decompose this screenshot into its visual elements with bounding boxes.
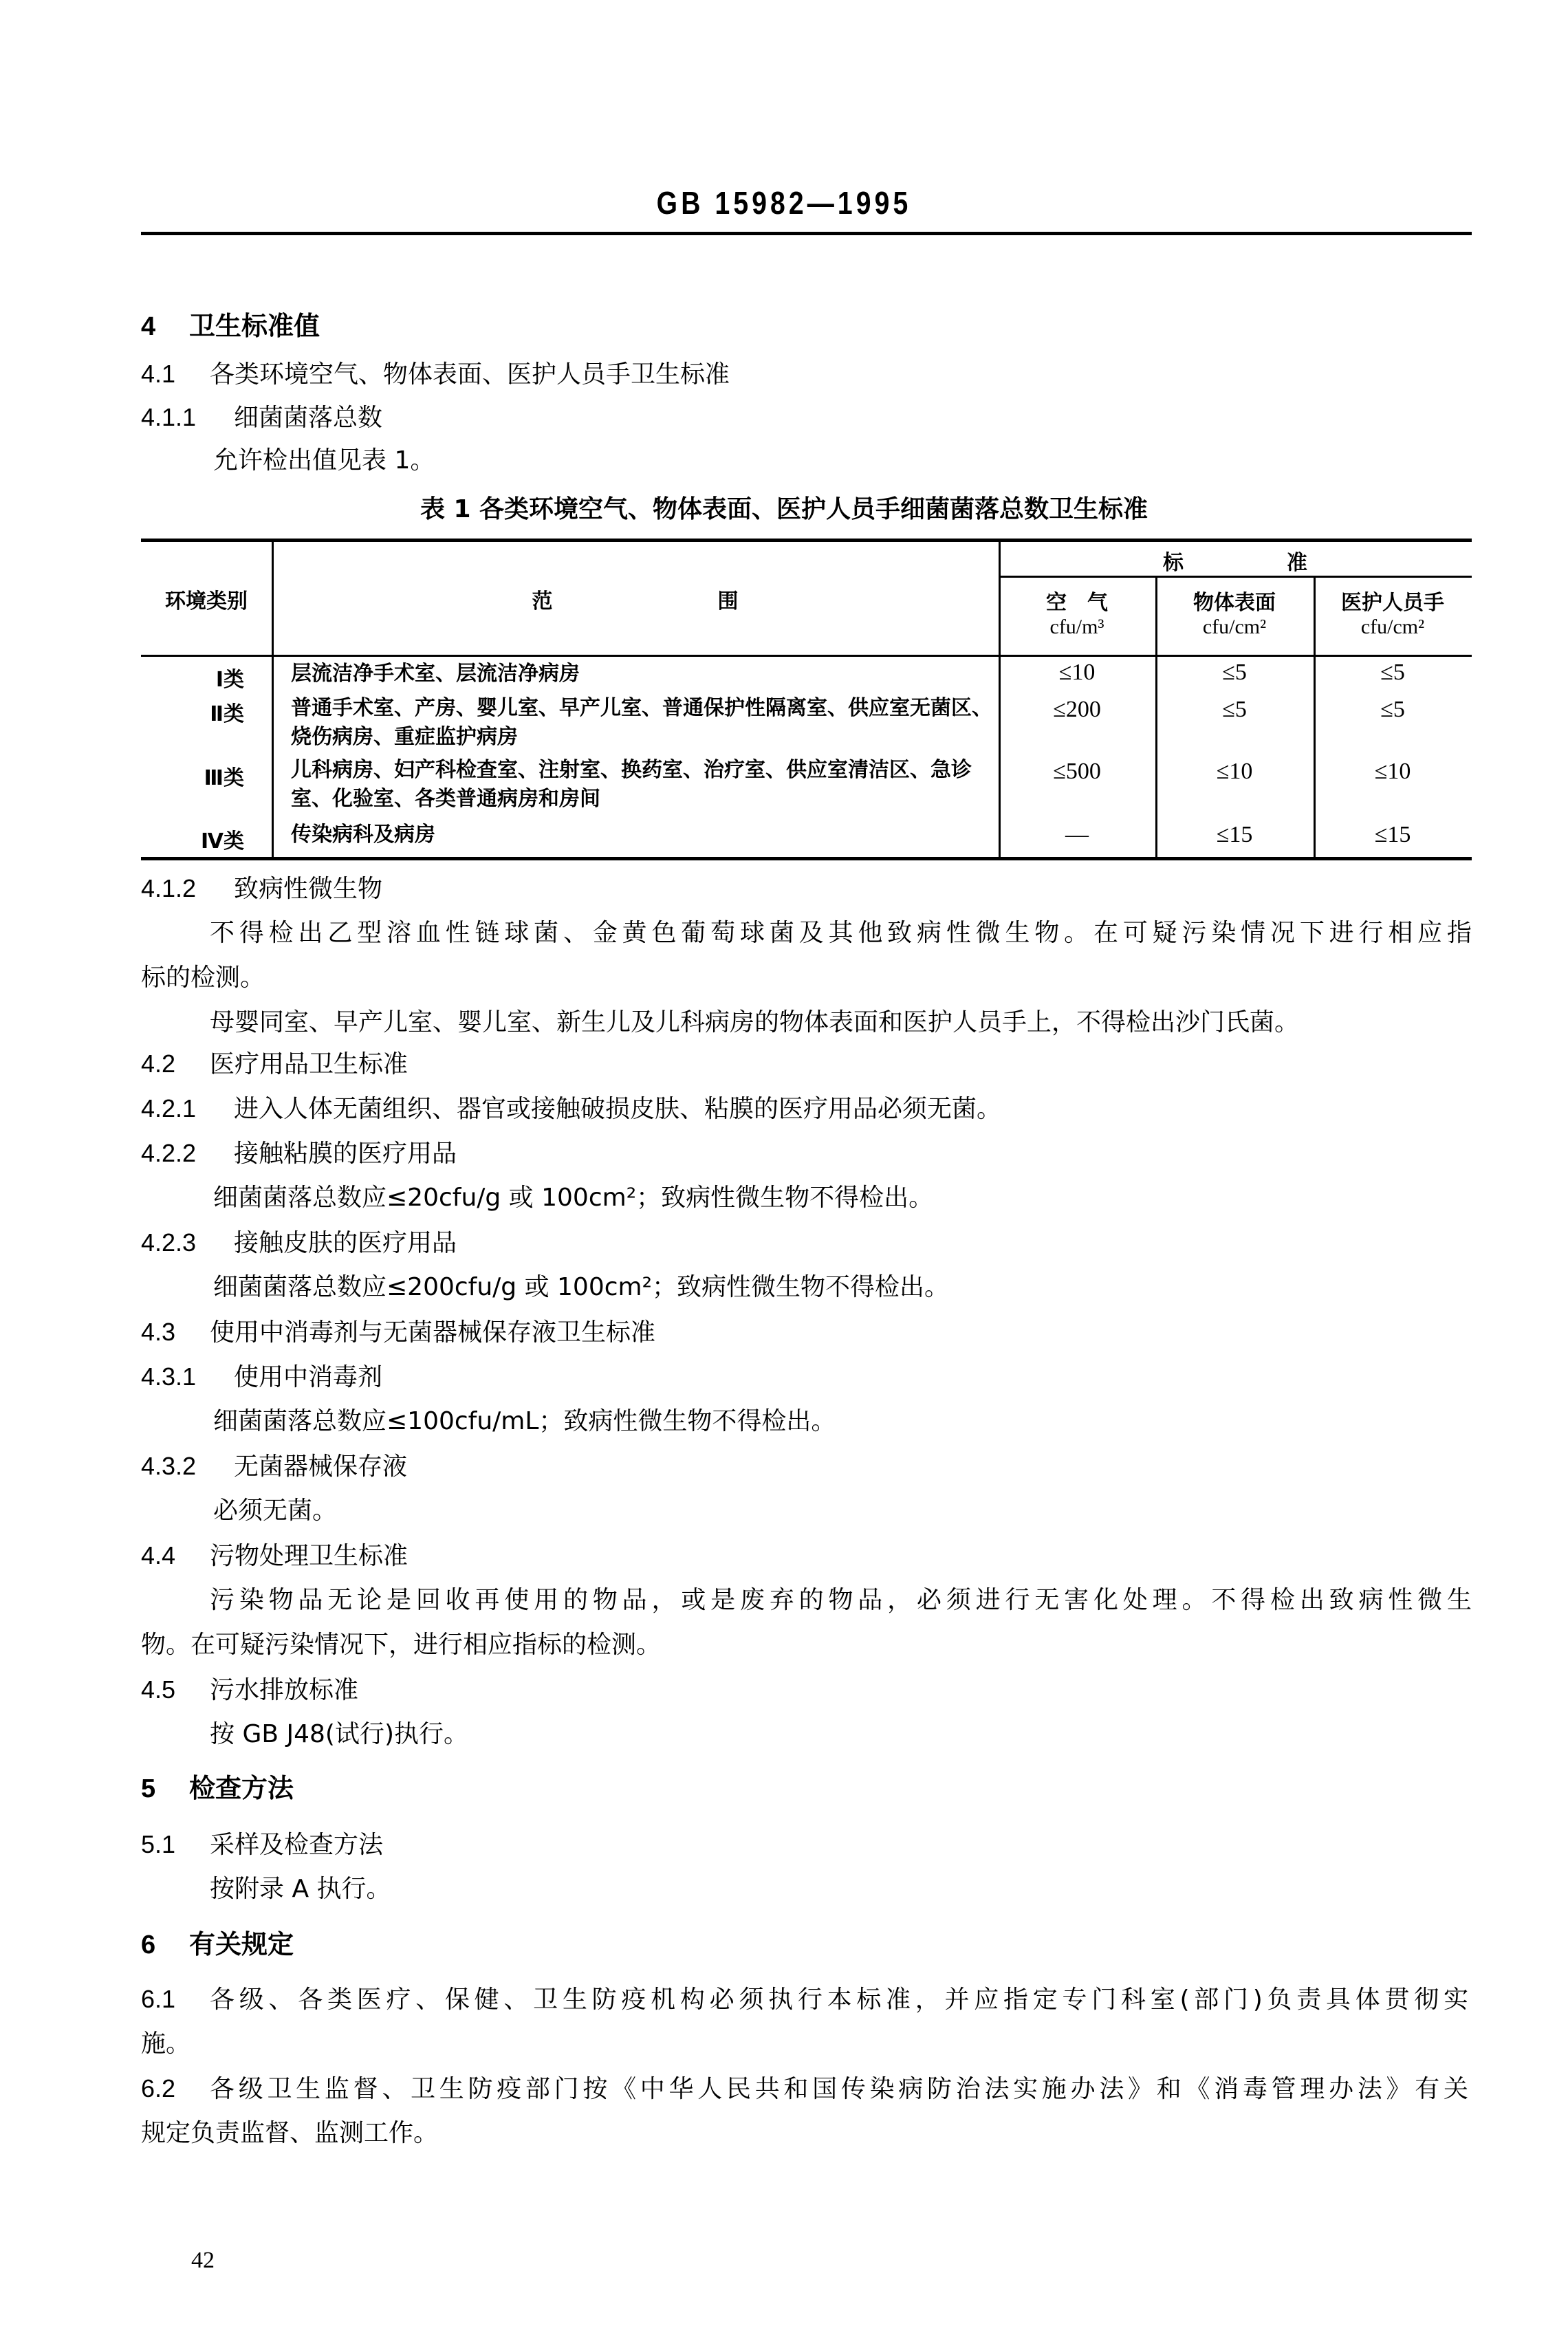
row-hands: ≤5 [1314, 697, 1472, 723]
section-4-5-heading: 4.5污水排放标准 [141, 1675, 358, 1706]
header-rule [141, 232, 1472, 235]
section-4-1-2-heading: 4.1.2致病性微生物 [141, 873, 382, 904]
section-4-1-2-paragraph-1-cont: 标的检测。 [141, 963, 265, 993]
header-standard: 标 准 [999, 545, 1472, 576]
row-surface: ≤15 [1155, 822, 1314, 848]
section-4-1-2-paragraph-2: 母婴同室、早产儿室、婴儿室、新生儿及儿科病房的物体表面和医护人员手上，不得检出沙… [210, 1008, 1299, 1038]
section-4-2-1-heading: 4.2.1进入人体无菌组织、器官或接触破损皮肤、粘膜的医疗用品必须无菌。 [141, 1094, 1001, 1124]
row-air: ≤200 [999, 697, 1155, 723]
section-4-1-2-paragraph-1: 不得检出乙型溶血性链球菌、金黄色葡萄球菌及其他致病性微生物。在可疑污染情况下进行… [210, 918, 1472, 948]
table-header-rule [141, 655, 1472, 657]
header-hands: 医护人员手 [1314, 585, 1472, 616]
row-hands: ≤5 [1314, 660, 1472, 686]
section-4-2-3-body: 细菌菌落总数应≤200cfu/g 或 100cm²；致病性微生物不得检出。 [213, 1272, 949, 1303]
row-range: 普通手术室、产房、婴儿室、早产儿室、普通保护性隔离室、供应室无菌区、烧伤病房、重… [291, 694, 999, 752]
section-4-3-1-body: 细菌菌落总数应≤100cfu/mL；致病性微生物不得检出。 [213, 1406, 836, 1437]
row-range: 传染病科及病房 [291, 820, 999, 849]
row-surface: ≤10 [1155, 759, 1314, 785]
section-4-2-2-heading: 4.2.2接触粘膜的医疗用品 [141, 1138, 457, 1169]
section-5-heading: 5检查方法 [141, 1773, 294, 1804]
row-surface: ≤5 [1155, 660, 1314, 686]
section-4-4-body-cont: 物。在可疑污染情况下，进行相应指标的检测。 [141, 1630, 661, 1660]
table-bottom-rule [141, 857, 1472, 860]
page-number: 42 [191, 2248, 215, 2274]
section-4-2-heading: 4.2医疗用品卫生标准 [141, 1049, 408, 1080]
running-header: GB 15982—1995 [118, 184, 1450, 221]
section-4-4-body: 污染物品无论是回收再使用的物品，或是废弃的物品，必须进行无害化处理。不得检出致病… [210, 1585, 1472, 1616]
row-surface: ≤5 [1155, 697, 1314, 723]
section-4-1-heading: 4.1各类环境空气、物体表面、医护人员手卫生标准 [141, 359, 730, 390]
section-6-1-cont: 施。 [141, 2029, 190, 2059]
header-air-unit: cfu/m³ [999, 616, 1155, 639]
section-4-heading: 4卫生标准值 [141, 311, 320, 342]
row-category: Ⅳ类 [141, 824, 244, 854]
header-surface-unit: cfu/cm² [1155, 616, 1314, 639]
table-1: 环境类别 范 围 标 准 空 气 cfu/m³ 物体表面 cfu/cm² 医护人… [141, 539, 1472, 860]
row-air: ≤10 [999, 660, 1155, 686]
section-4-3-2-body: 必须无菌。 [213, 1496, 337, 1526]
document-page: GB 15982—1995 4卫生标准值 4.1各类环境空气、物体表面、医护人员… [0, 0, 1568, 2348]
section-6-heading: 6有关规定 [141, 1929, 294, 1960]
section-4-3-heading: 4.3使用中消毒剂与无菌器械保存液卫生标准 [141, 1317, 655, 1348]
section-4-2-3-heading: 4.2.3接触皮肤的医疗用品 [141, 1228, 457, 1259]
header-air: 空 气 [999, 585, 1155, 616]
header-category: 环境类别 [141, 584, 272, 614]
section-4-5-body: 按 GB J48(试行)执行。 [210, 1719, 468, 1750]
row-category: Ⅲ类 [141, 761, 244, 791]
section-6-2-cont: 规定负责监督、监测工作。 [141, 2118, 438, 2149]
table-top-rule [141, 539, 1472, 542]
row-category: Ⅱ类 [141, 697, 244, 727]
section-5-1-heading: 5.1采样及检查方法 [141, 1829, 383, 1860]
table-1-caption: 表 1 各类环境空气、物体表面、医护人员手细菌菌落总数卫生标准 [0, 490, 1568, 525]
section-4-4-heading: 4.4污物处理卫生标准 [141, 1541, 408, 1572]
section-4-1-1-body: 允许检出值见表 1。 [213, 446, 435, 476]
row-range: 层流洁净手术室、层流洁净病房 [291, 660, 999, 688]
section-4-3-2-heading: 4.3.2无菌器械保存液 [141, 1451, 407, 1482]
row-hands: ≤10 [1314, 759, 1472, 785]
row-range: 儿科病房、妇产科检查室、注射室、换药室、治疗室、供应室清洁区、急诊室、化验室、各… [291, 756, 999, 814]
header-hands-unit: cfu/cm² [1314, 616, 1472, 639]
standard-subheader-rule [999, 576, 1472, 578]
section-4-1-1-heading: 4.1.1细菌菌落总数 [141, 402, 382, 433]
row-air: ≤500 [999, 759, 1155, 785]
row-category: Ⅰ类 [141, 662, 244, 693]
section-6-2: 6.2各级卫生监督、卫生防疫部门按《中华人民共和国传染病防治法实施办法》和《消毒… [141, 2074, 1472, 2105]
section-6-1: 6.1各级、各类医疗、保健、卫生防疫机构必须执行本标准，并应指定专门科室(部门)… [141, 1984, 1472, 2015]
section-4-2-2-body: 细菌菌落总数应≤20cfu/g 或 100cm²；致病性微生物不得检出。 [213, 1183, 933, 1213]
header-surface: 物体表面 [1155, 585, 1314, 616]
header-range: 范 围 [272, 584, 999, 614]
row-air: — [999, 822, 1155, 848]
section-5-1-body: 按附录 A 执行。 [210, 1874, 391, 1904]
section-4-3-1-heading: 4.3.1使用中消毒剂 [141, 1362, 382, 1393]
row-hands: ≤15 [1314, 822, 1472, 848]
